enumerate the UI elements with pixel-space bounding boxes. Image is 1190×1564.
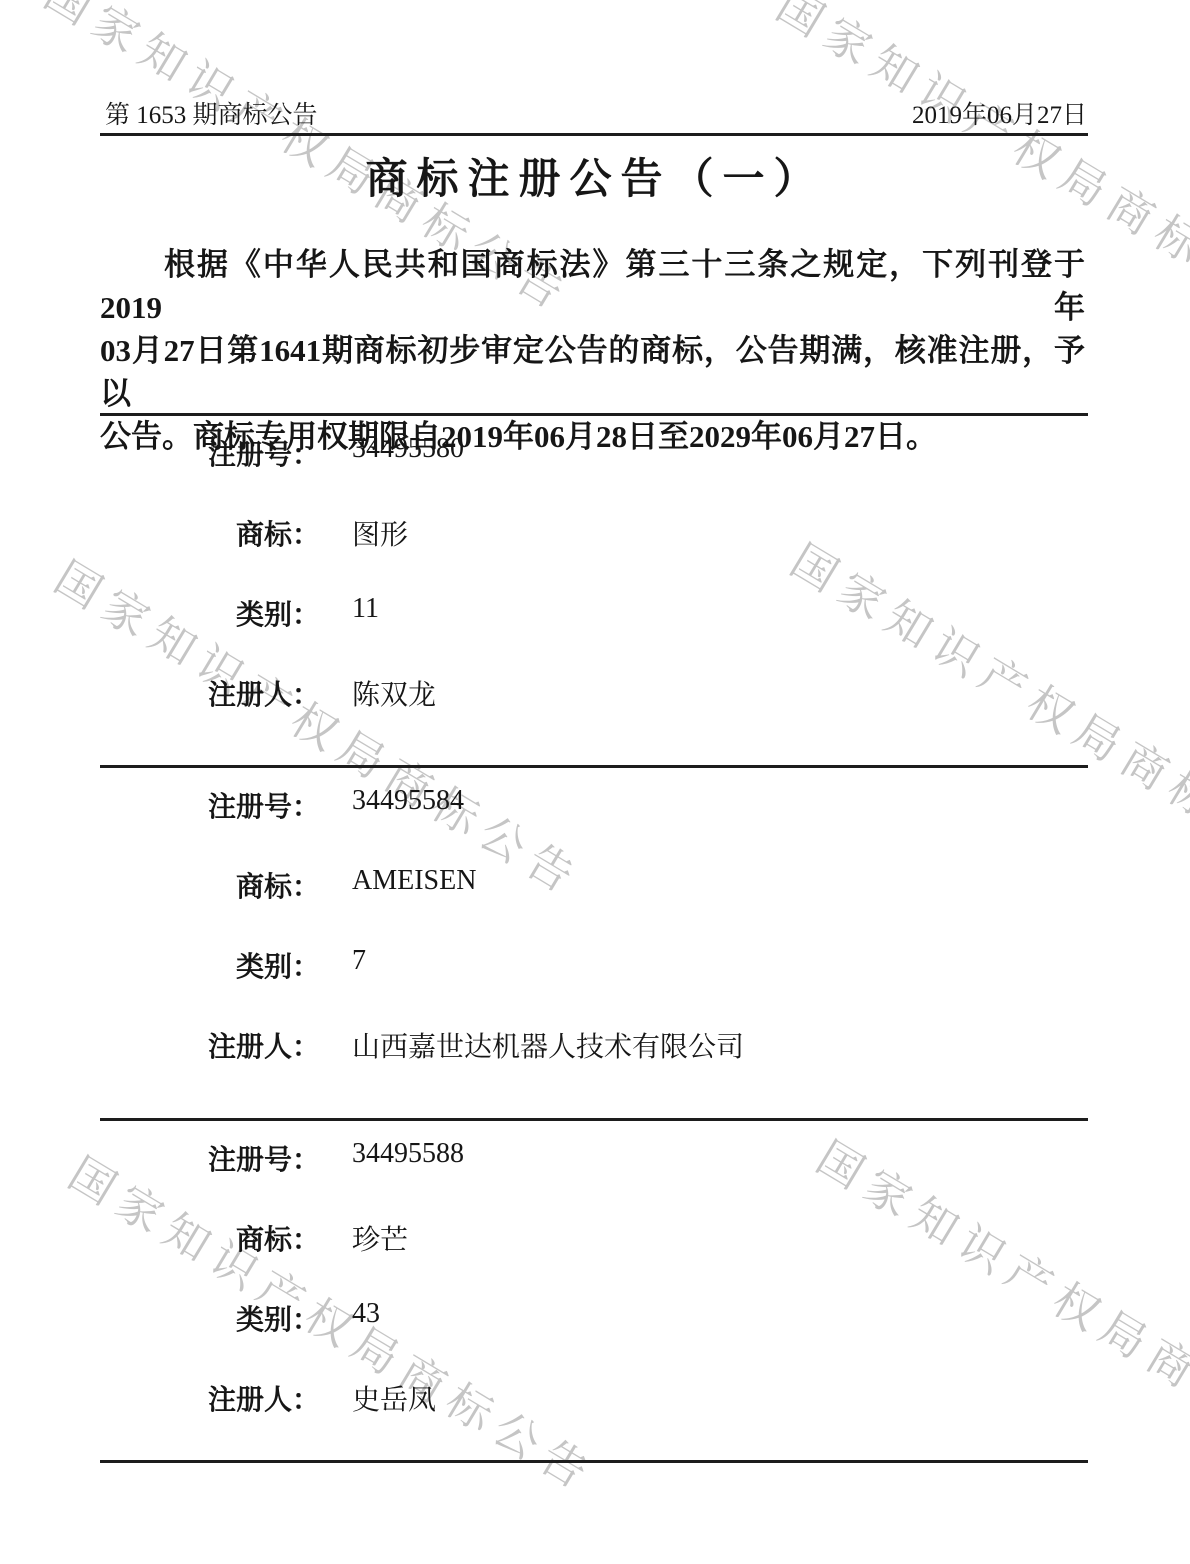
- registrant-value: 史岳凤: [352, 1378, 436, 1418]
- trademark-entry: 注册号： 34495588 商标： 珍芒 类别： 43 注册人： 史岳凤: [100, 1118, 1088, 1458]
- trademark-label: 商标：: [100, 513, 320, 553]
- bottom-rule: [100, 1460, 1088, 1463]
- entry-row-trademark: 商标： 珍芒: [100, 1218, 1088, 1298]
- trademark-value: AMEISEN: [352, 865, 476, 897]
- trademark-label: 商标：: [100, 865, 320, 905]
- entry-row-trademark: 商标： AMEISEN: [100, 865, 1088, 945]
- entry-separator: [100, 765, 1088, 768]
- intro-line: 根据《中华人民共和国商标法》第三十三条之规定，下列刊登于2019年: [100, 243, 1085, 329]
- entry-separator: [100, 413, 1088, 416]
- reg-no-value: 34495580: [352, 433, 464, 465]
- reg-no-label: 注册号：: [100, 785, 320, 825]
- registrant-label: 注册人：: [100, 1378, 320, 1418]
- trademark-entry: 注册号： 34495584 商标： AMEISEN 类别： 7 注册人： 山西嘉…: [100, 765, 1088, 1105]
- entry-row-class: 类别： 11: [100, 593, 1088, 673]
- trademark-label: 商标：: [100, 1218, 320, 1258]
- class-label: 类别：: [100, 593, 320, 633]
- registrant-value: 山西嘉世达机器人技术有限公司: [352, 1025, 744, 1065]
- header-issue-label: 第 1653 期商标公告: [105, 95, 318, 131]
- class-label: 类别：: [100, 1298, 320, 1338]
- page-title: 商标注册公告（一）: [0, 146, 1190, 206]
- class-label: 类别：: [100, 945, 320, 985]
- trademark-value: 珍芒: [352, 1218, 408, 1258]
- entry-row-reg-no: 注册号： 34495584: [100, 785, 1088, 865]
- reg-no-value: 34495584: [352, 785, 464, 817]
- trademark-value: 图形: [352, 513, 408, 553]
- entry-row-registrant: 注册人： 陈双龙: [100, 673, 1088, 753]
- registrant-value: 陈双龙: [352, 673, 436, 713]
- entry-row-reg-no: 注册号： 34495580: [100, 433, 1088, 513]
- class-value: 43: [352, 1298, 380, 1330]
- reg-no-label: 注册号：: [100, 433, 320, 473]
- reg-no-value: 34495588: [352, 1138, 464, 1170]
- registrant-label: 注册人：: [100, 1025, 320, 1065]
- entry-row-trademark: 商标： 图形: [100, 513, 1088, 593]
- reg-no-label: 注册号：: [100, 1138, 320, 1178]
- entry-row-class: 类别： 43: [100, 1298, 1088, 1378]
- intro-line: 03月27日第1641期商标初步审定公告的商标，公告期满，核准注册，予以: [100, 329, 1085, 415]
- class-value: 11: [352, 593, 379, 625]
- trademark-entry: 注册号： 34495580 商标： 图形 类别： 11 注册人： 陈双龙: [100, 413, 1088, 753]
- header-rule: [100, 133, 1088, 136]
- entry-row-reg-no: 注册号： 34495588: [100, 1138, 1088, 1218]
- gazette-page: 国家知识产权局商标公告 国家知识产权局商标公告 国家知识产权局商标公告 国家知识…: [0, 0, 1190, 1564]
- entry-row-registrant: 注册人： 山西嘉世达机器人技术有限公司: [100, 1025, 1088, 1105]
- class-value: 7: [352, 945, 366, 977]
- registrant-label: 注册人：: [100, 673, 320, 713]
- entry-row-class: 类别： 7: [100, 945, 1088, 1025]
- entry-row-registrant: 注册人： 史岳凤: [100, 1378, 1088, 1458]
- entry-separator: [100, 1118, 1088, 1121]
- header-date: 2019年06月27日: [912, 95, 1087, 131]
